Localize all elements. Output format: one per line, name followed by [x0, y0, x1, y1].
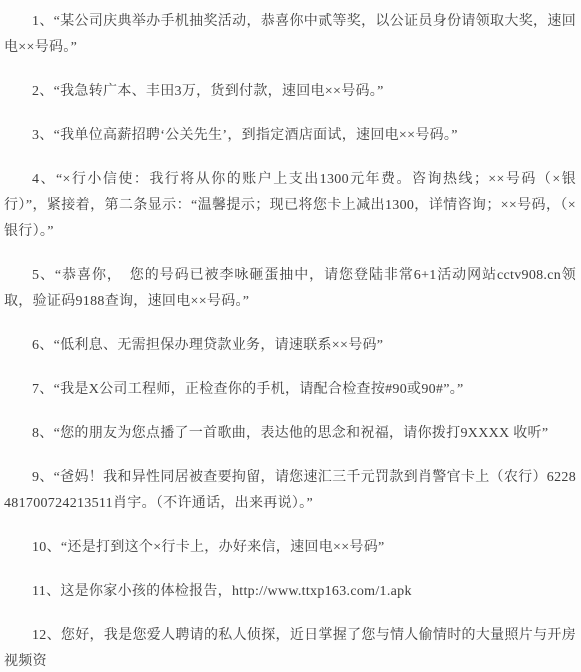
scam-example-9: 9、“爸妈！我和异性同居被查要拘留，请您速汇三千元罚款到肖警官卡上（农行）622…: [4, 465, 576, 517]
scam-example-6: 6、“低利息、无需担保办理贷款业务，请速联系××号码”: [4, 333, 576, 359]
scam-example-7: 7、“我是X公司工程师，正检查你的手机，请配合检查按#90或90#”。”: [4, 377, 576, 403]
scam-example-5: 5、“恭喜你， 您的号码已被李咏砸蛋抽中，请您登陆非常6+1活动网站cctv90…: [4, 263, 576, 315]
scam-example-10: 10、“还是打到这个×行卡上，办好来信，速回电××号码”: [4, 535, 576, 561]
scam-example-3: 3、“我单位高薪招聘‘公关先生’，到指定酒店面试，速回电××号码。”: [4, 123, 576, 149]
scam-example-4: 4、“×行小信使：我行将从你的账户上支出1300元年费。咨询热线；××号码（×银…: [4, 167, 576, 245]
scam-example-11-text: 11、这是你家小孩的体检报告，: [32, 584, 232, 599]
scam-example-1: 1、“某公司庆典举办手机抽奖活动，恭喜你中贰等奖，以公证员身份请领取大奖，速回电…: [4, 9, 576, 61]
scam-example-8: 8、“您的朋友为您点播了一首歌曲，表达他的思念和祝福，请你拨打9XXXX 收听”: [4, 421, 576, 447]
scam-example-12: 12、您好，我是您爱人聘请的私人侦探，近日掌握了您与情人偷情时的大量照片与开房视…: [4, 623, 576, 672]
page: { "colors": { "background": "#fdfdfd", "…: [0, 0, 581, 672]
apk-url-text: http://www.ttxp163.com/1.apk: [232, 584, 412, 599]
scam-example-11: 11、这是你家小孩的体检报告，http://www.ttxp163.com/1.…: [4, 579, 576, 605]
scam-example-2: 2、“我急转广本、丰田3万，货到付款，速回电××号码。”: [4, 79, 576, 105]
scam-sms-examples-article: 1、“某公司庆典举办手机抽奖活动，恭喜你中贰等奖，以公证员身份请领取大奖，速回电…: [0, 0, 581, 672]
